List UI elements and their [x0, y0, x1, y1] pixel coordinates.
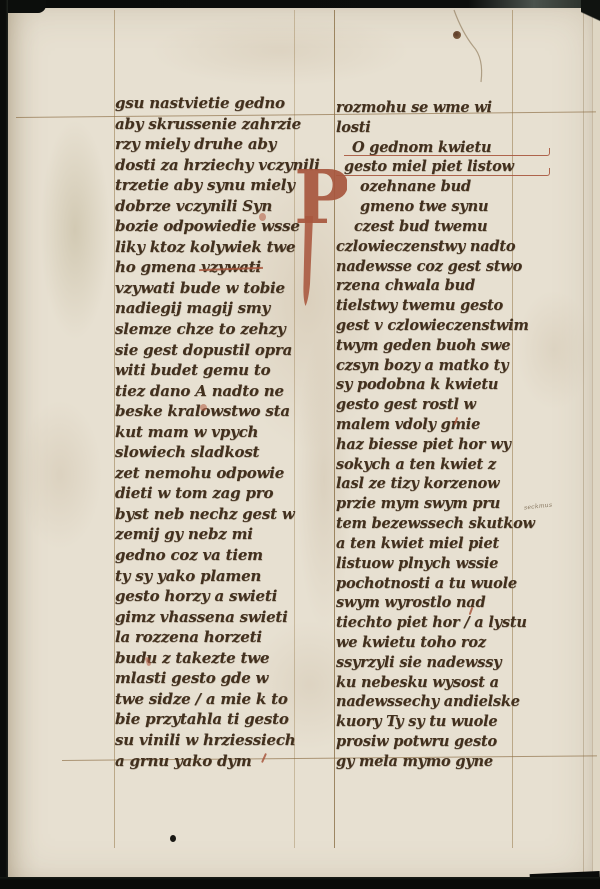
- right-text-column: rozmohu se wme wilostiO gednom kwietuges…: [336, 98, 514, 772]
- manuscript-line: gesto horzy a swieti: [115, 586, 297, 607]
- ruling-line-vertical: [334, 10, 335, 848]
- manuscript-line: sie gest dopustil opra: [115, 340, 297, 361]
- scratch-line: [446, 8, 492, 84]
- wormhole-dot: [170, 835, 176, 842]
- manuscript-line: nadewssechy andielske: [336, 692, 514, 712]
- manuscript-line: sy podobna k kwietu: [336, 375, 514, 395]
- manuscript-line: czsyn bozy a matko ty: [336, 356, 514, 376]
- parchment-highlight: [40, 120, 110, 340]
- manuscript-line: slowiech sladkost: [115, 442, 297, 463]
- red-touch-mark: [259, 213, 266, 221]
- manuscript-line: tiez dano A nadto ne: [115, 381, 297, 402]
- initial-letter-P: P: [293, 166, 347, 316]
- manuscript-line: listuow plnych wssie: [336, 554, 514, 574]
- manuscript-line: tiechto piet hor / a lystu: [336, 613, 514, 633]
- manuscript-line: vzywati bude w tobie: [115, 278, 297, 299]
- manuscript-line: dosti za hrziechy vczynili: [115, 155, 297, 176]
- manuscript-line: rzy miely druhe aby: [115, 134, 297, 155]
- manuscript-line: trzetie aby synu miely: [115, 175, 297, 196]
- manuscript-line: tem bezewssech skutkow: [336, 514, 514, 534]
- manuscript-line: pochotnosti a tu wuole: [336, 574, 514, 594]
- manuscript-line: mlasti gesto gde w: [115, 668, 297, 689]
- manuscript-line: ozehnane bud: [336, 177, 514, 197]
- manuscript-line: ssyrzyli sie nadewssy: [336, 653, 514, 673]
- screenshot-root: { "manuscript": { "colors": { "parchment…: [0, 0, 600, 889]
- initial-letter-stem: [303, 216, 313, 306]
- manuscript-line: ty sy yako plamen: [115, 566, 297, 587]
- manuscript-line: losti: [336, 118, 514, 138]
- manuscript-line: gedno coz va tiem: [115, 545, 297, 566]
- marginal-note: seckmus: [524, 502, 553, 512]
- left-text-column: gsu nastvietie gednoaby skrussenie zahrz…: [115, 93, 297, 771]
- manuscript-line: czest bud twemu: [336, 217, 514, 237]
- manuscript-line: gest v czlowieczenstwim: [336, 316, 514, 336]
- manuscript-line: a grnu yako dym: [115, 751, 297, 772]
- manuscript-line: gmeno twe synu: [336, 197, 514, 217]
- parchment-stain: [150, 16, 410, 86]
- parchment-page: gsu nastvietie gednoaby skrussenie zahrz…: [0, 0, 600, 889]
- manuscript-line: liky ktoz kolywiek twe: [115, 237, 297, 258]
- manuscript-line: gimz vhassena swieti: [115, 607, 297, 628]
- manuscript-line: twe sidze / a mie k to: [115, 689, 297, 710]
- manuscript-line: haz biesse piet hor wy: [336, 435, 514, 455]
- manuscript-line: dieti w tom zag pro: [115, 483, 297, 504]
- manuscript-line: byst neb nechz gest w: [115, 504, 297, 525]
- manuscript-line: budu z takezte twe: [115, 648, 297, 669]
- manuscript-line: czlowieczenstwy nadto: [336, 237, 514, 257]
- parchment-stain: [516, 290, 592, 410]
- manuscript-line: prosiw potwru gesto: [336, 732, 514, 752]
- manuscript-line: tielstwy twemu gesto: [336, 296, 514, 316]
- manuscript-line: kuory Ty sy tu wuole: [336, 712, 514, 732]
- manuscript-line: ku nebesku wysost a: [336, 673, 514, 693]
- manuscript-line: bie przytahla ti gesto: [115, 709, 297, 730]
- manuscript-line: slemze chze to zehzy: [115, 319, 297, 340]
- manuscript-line: rzena chwala bud: [336, 276, 514, 296]
- rubric-line: O gednom kwietu: [336, 138, 514, 158]
- manuscript-line: zet nemohu odpowie: [115, 463, 297, 484]
- rubric-line: gesto miel piet listow: [336, 157, 514, 177]
- manuscript-line: nadiegij magij smy: [115, 298, 297, 319]
- manuscript-line: su vinili w hrziessiech: [115, 730, 297, 751]
- manuscript-line: zemij gy nebz mi: [115, 524, 297, 545]
- manuscript-line: aby skrussenie zahrzie: [115, 114, 297, 135]
- manuscript-line: gesto gest rostl w: [336, 395, 514, 415]
- manuscript-line: kut mam w vpych: [115, 422, 297, 443]
- manuscript-line: malem vdoly gmie: [336, 415, 514, 435]
- manuscript-line: we kwietu toho roz: [336, 633, 514, 653]
- manuscript-line: ho gmena vzywati: [115, 257, 297, 278]
- manuscript-line: przie mym swym pru: [336, 494, 514, 514]
- manuscript-line: a ten kwiet miel piet: [336, 534, 514, 554]
- manuscript-line: la rozzena horzeti: [115, 627, 297, 648]
- manuscript-line: dobrze vczynili Syn: [115, 196, 297, 217]
- manuscript-line: bozie odpowiedie wsse: [115, 216, 297, 237]
- manuscript-line: swym wyrostlo nad: [336, 593, 514, 613]
- photo-dark-background: gsu nastvietie gednoaby skrussenie zahrz…: [0, 0, 600, 889]
- parchment-stain: [18, 400, 102, 550]
- manuscript-line: sokych a ten kwiet z: [336, 455, 514, 475]
- manuscript-line: witi budet gemu to: [115, 360, 297, 381]
- manuscript-line: twym geden buoh swe: [336, 336, 514, 356]
- svg-text:P: P: [294, 166, 347, 241]
- expunged-word: vzywati: [201, 258, 261, 276]
- red-touch-mark: [200, 404, 207, 411]
- manuscript-line: rozmohu se wme wi: [336, 98, 514, 118]
- manuscript-line: lasl ze tizy korzenow: [336, 474, 514, 494]
- manuscript-line: gsu nastvietie gedno: [115, 93, 297, 114]
- manuscript-line: nadewsse coz gest stwo: [336, 257, 514, 277]
- manuscript-line: gy mela mymo gyne: [336, 752, 514, 772]
